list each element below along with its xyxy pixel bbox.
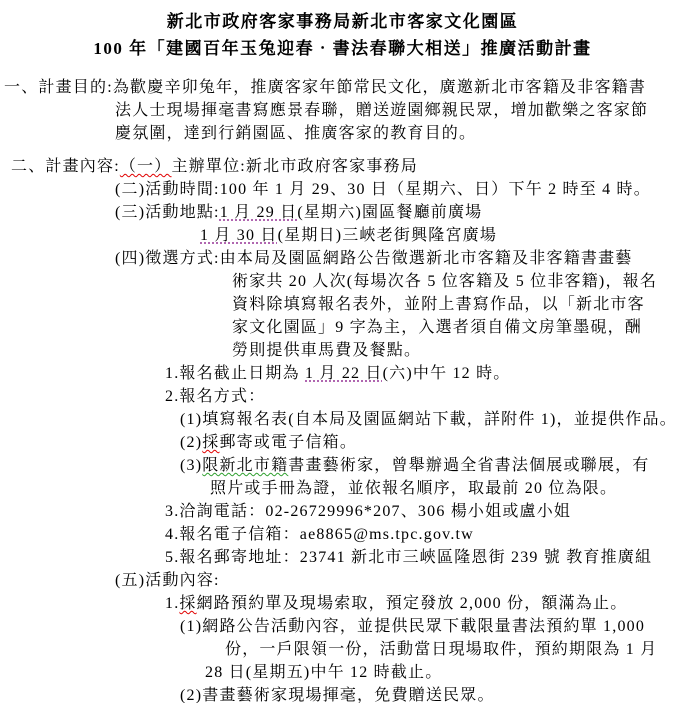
doc-line: 家文化園區」9 字為主，入選者須自備文房筆墨硯，酬 [232, 316, 685, 339]
doc-line: (二)活動時間:100 年 1 月 29、30 日（星期六、日）下午 2 時至 … [115, 178, 685, 201]
doc-line: (四)徵選方式:由本局及園區網路公告徵選新北市客籍及非客籍書畫藝 [115, 247, 685, 270]
grammar-flagged-text: 限新北市籍 [202, 457, 288, 474]
doc-line: 二、計畫內容:（一）主辦單位:新北市政府客家事務局 [11, 155, 685, 178]
text-run: (星期六)園區餐廳前廣場 [297, 204, 482, 221]
doc-line: 術家共 20 人次(每場次各 5 位客籍及 5 位非客籍)，報名 [232, 270, 685, 293]
text-run: 書畫藝術家，曾舉辦過全省書法個展或聯展，有 [288, 457, 649, 474]
text-run: (1)填寫報名表(自本局及園區網站下載，詳附件 1)，並提供作品。 [180, 411, 677, 428]
doc-line: (2)書畫藝術家現場揮毫，免費贈送民眾。 [180, 684, 685, 703]
text-run: 1. [165, 595, 179, 612]
doc-line: (三)活動地點:1 月 29 日(星期六)園區餐廳前廣場 [115, 201, 685, 224]
text-run: 28 日(星期五)中午 12 時截止。 [205, 664, 442, 681]
date-smarttag-text: 1 月 30 日 [200, 227, 278, 244]
text-run: 照片或手冊為證，並依報名順序，取最前 20 位為限。 [210, 480, 617, 497]
text-run: 家文化園區」9 字為主，入選者須自備文房筆墨硯，酬 [232, 319, 642, 336]
text-run: 術家共 20 人次(每場次各 5 位客籍及 5 位非客籍)，報名 [232, 273, 657, 290]
text-run: (二)活動時間:100 年 1 月 29、30 日（星期六、日）下午 2 時至 … [115, 181, 651, 198]
spellcheck-flagged-text: （一） [120, 158, 172, 175]
text-run: 資料除填寫報名表外，並附上書寫作品，以「新北市客 [232, 296, 645, 313]
text-run: 網路預約單及現場索取，預定發放 2,000 份，額滿為止。 [197, 595, 628, 612]
doc-title-line1: 新北市政府客家事務局新北市客家文化園區 [0, 8, 685, 35]
doc-line: (1)網路公告活動內容，並提供民眾下載限量書法預約單 1,000 [180, 615, 685, 638]
text-run: (2)書畫藝術家現場揮毫，免費贈送民眾。 [180, 687, 495, 703]
date-smarttag-text: 1 月 22 日 [305, 365, 383, 382]
document-page: 新北市政府客家事務局新北市客家文化園區 100 年「建國百年玉兔迎春‧書法春聯大… [0, 0, 685, 703]
doc-line: 1 月 30 日(星期日)三峽老街興隆宮廣場 [200, 224, 685, 247]
doc-line: 3.洽詢電話：02-26729996*207、306 楊小姐或盧小姐 [165, 500, 685, 523]
text-run: 2.報名方式： [165, 388, 265, 405]
text-run: 份，一戶限領一份，活動當日現場取件，預約期限為 1 月 [225, 641, 657, 658]
text-run: 一、計畫目的:為歡慶辛卯兔年，推廣客家年節常民文化，廣邀新北市客籍及非客籍書 [4, 79, 646, 96]
doc-line: 照片或手冊為證，並依報名順序，取最前 20 位為限。 [210, 477, 685, 500]
doc-line: 份，一戶限領一份，活動當日現場取件，預約期限為 1 月 [225, 638, 685, 661]
text-run: (2) [180, 434, 202, 451]
text-run: 二、計畫內容: [11, 158, 120, 175]
doc-line: 資料除填寫報名表外，並附上書寫作品，以「新北市客 [232, 293, 685, 316]
text-run: (四)徵選方式:由本局及園區網路公告徵選新北市客籍及非客籍書畫藝 [115, 250, 633, 267]
doc-title-line2: 100 年「建國百年玉兔迎春‧書法春聯大相送」推廣活動計畫 [0, 35, 685, 62]
section-spacer [0, 145, 685, 155]
doc-line: (1)填寫報名表(自本局及園區網站下載，詳附件 1)，並提供作品。 [180, 408, 685, 431]
doc-line: 法人士現場揮毫書寫應景春聯，贈送遊園鄉親民眾，增加歡樂之客家節 [115, 99, 685, 122]
doc-line: (2)採郵寄或電子信箱。 [180, 431, 685, 454]
text-run: 勞則提供車馬費及餐點。 [232, 342, 421, 359]
doc-line: 28 日(星期五)中午 12 時截止。 [205, 661, 685, 684]
title-body-spacer [0, 62, 685, 76]
text-run: 1.報名截止日期為 [165, 365, 305, 382]
doc-line: 1.採網路預約單及現場索取，預定發放 2,000 份，額滿為止。 [165, 592, 685, 615]
doc-line: (3)限新北市籍書畫藝術家，曾舉辦過全省書法個展或聯展，有 [180, 454, 685, 477]
doc-line: 5.報名郵寄地址：23741 新北市三峽區隆恩街 239 號 教育推廣組 [165, 546, 685, 569]
text-run: (1)網路公告活動內容，並提供民眾下載限量書法預約單 1,000 [180, 618, 645, 635]
spellcheck-flagged-text: 採 [179, 595, 196, 612]
doc-line: 1.報名截止日期為 1 月 22 日(六)中午 12 時。 [165, 362, 685, 385]
doc-line: 4.報名電子信箱：ae8865@ms.tpc.gov.tw [165, 523, 685, 546]
doc-line: 勞則提供車馬費及餐點。 [232, 339, 685, 362]
doc-line: 一、計畫目的:為歡慶辛卯兔年，推廣客家年節常民文化，廣邀新北市客籍及非客籍書 [4, 76, 685, 99]
spellcheck-flagged-text: 採 [202, 434, 219, 451]
text-run: 主辦單位:新北市政府客家事務局 [171, 158, 417, 175]
text-run: (五)活動內容: [115, 572, 220, 589]
text-run: 5.報名郵寄地址：23741 新北市三峽區隆恩街 239 號 教育推廣組 [165, 549, 652, 566]
doc-line: 慶氛圍，達到行銷園區、推廣客家的教育目的。 [115, 122, 685, 145]
text-run: (六)中午 12 時。 [383, 365, 511, 382]
text-run: (星期日)三峽老街興隆宮廣場 [278, 227, 497, 244]
text-run: 法人士現場揮毫書寫應景春聯，贈送遊園鄉親民眾，增加歡樂之客家節 [115, 102, 648, 119]
doc-line: 2.報名方式： [165, 385, 685, 408]
doc-line: (五)活動內容: [115, 569, 685, 592]
text-run: 郵寄或電子信箱。 [219, 434, 357, 451]
text-run: 慶氛圍，達到行銷園區、推廣客家的教育目的。 [115, 125, 476, 142]
text-run: 4.報名電子信箱：ae8865@ms.tpc.gov.tw [165, 526, 474, 543]
text-run: 3.洽詢電話：02-26729996*207、306 楊小姐或盧小姐 [165, 503, 571, 520]
date-smarttag-text: 1 月 29 日 [220, 204, 298, 221]
text-run: (3) [180, 457, 202, 474]
text-run: (三)活動地點: [115, 204, 220, 221]
